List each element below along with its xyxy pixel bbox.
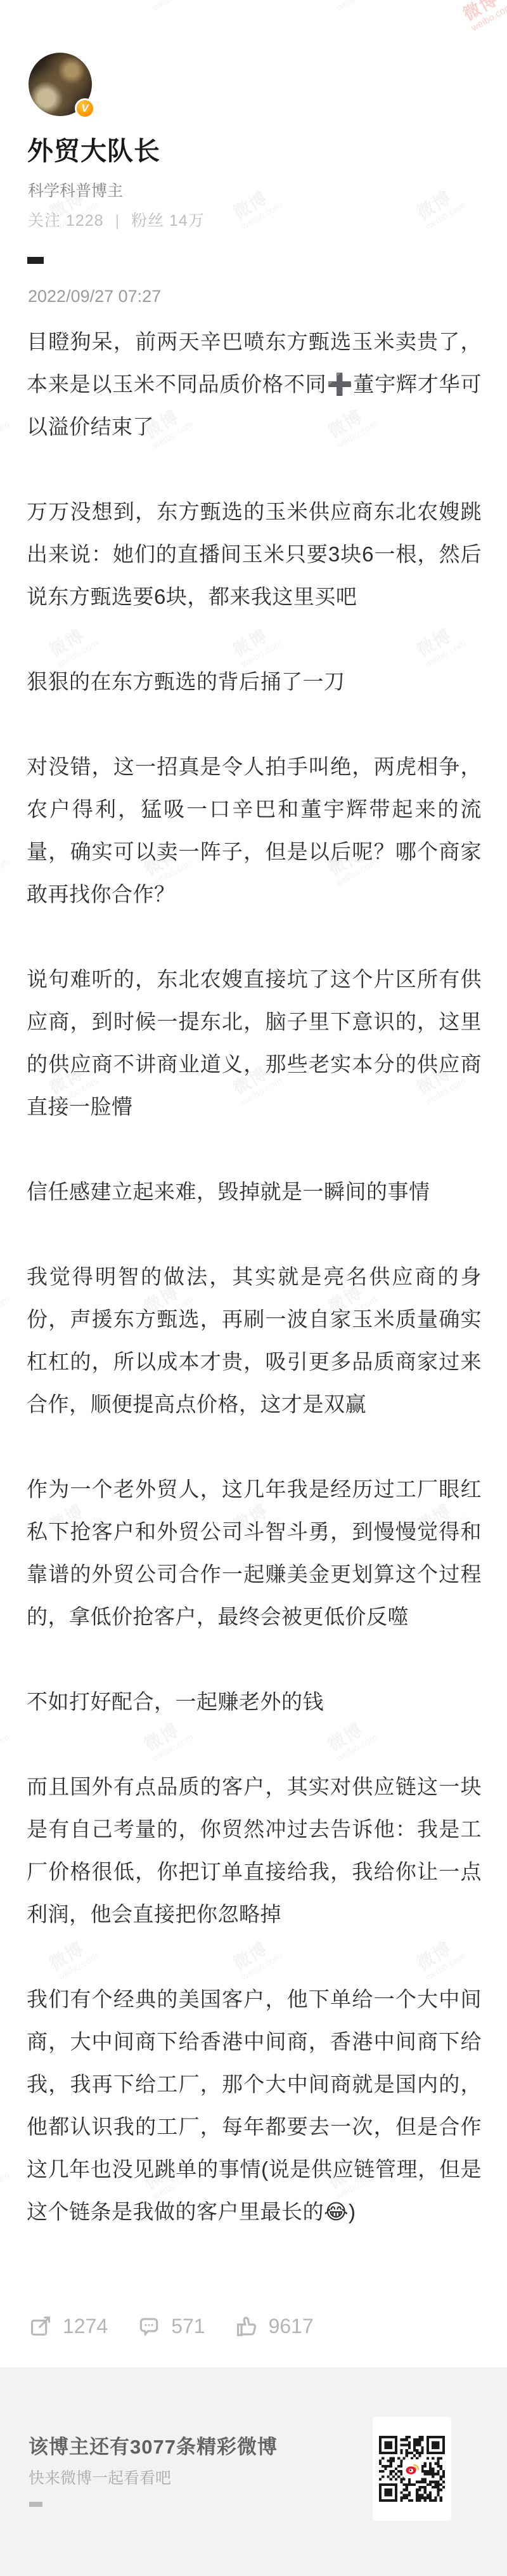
- post-paragraph: 信任感建立起来难，毁掉就是一瞬间的事情: [27, 1170, 482, 1213]
- weibo-long-post-image: 微博weibo.com微博weibo.com微博weibo.com微博weibo…: [0, 0, 507, 2576]
- divider-dash: [27, 257, 44, 264]
- repost-button[interactable]: 1274: [29, 2314, 108, 2338]
- weibo-watermark: 微博weibo.com: [0, 0, 11, 13]
- share-icon: [29, 2314, 53, 2338]
- user-description: 科学科普博主: [28, 178, 123, 201]
- post-date: 2022/09/27 07:27: [28, 287, 161, 306]
- weibo-watermark: 微博weibo.com: [0, 1278, 11, 1326]
- post-paragraph: 而且国外有点品质的客户，其实对供应链这一块是有自己考量的，你贸然冲过去告诉他：我…: [27, 1765, 482, 1935]
- weibo-watermark: 微博weibo.com: [414, 184, 468, 232]
- verified-badge-icon: V: [75, 98, 95, 119]
- follow-stats: 关注 1228|粉丝 14万: [28, 208, 205, 231]
- post-paragraph: 对没错，这一招真是令人拍手叫绝，两虎相争，农户得利，猛吸一口辛巴和董宇辉带起来的…: [27, 745, 482, 915]
- post-paragraph: 我觉得明智的做法，其实就是亮名供应商的身份，声援东方甄选，再刷一波自家玉米质量确…: [27, 1255, 482, 1425]
- user-name: 外贸大队长: [27, 130, 160, 167]
- like-button[interactable]: 9617: [234, 2314, 314, 2338]
- thumbs-up-icon: [234, 2314, 259, 2338]
- fans-count: 粉丝 14万: [131, 212, 205, 230]
- repost-count: 1274: [63, 2315, 108, 2338]
- post-paragraph: 狠狠的在东方甄选的背后捅了一刀: [27, 660, 482, 703]
- weibo-watermark: 微博weibo.com: [230, 184, 284, 232]
- post-paragraph: 我们有个经典的美国客户，他下单给一个大中间商，大中间商下给香港中间商，香港中间商…: [27, 1978, 482, 2233]
- footer-subtitle: 快来微博一起看看吧: [29, 2466, 171, 2488]
- comment-count: 571: [171, 2315, 205, 2338]
- separator: |: [115, 212, 120, 230]
- weibo-watermark: 微博weibo.com: [0, 840, 11, 889]
- footer-banner: 该博主还有3077条精彩微博 快来微博一起看看吧: [0, 2367, 507, 2576]
- post-paragraph: 作为一个老外贸人，这几年我是经历过工厂眼红私下抢客户和外贸公司斗智斗勇，到慢慢觉…: [27, 1468, 482, 1638]
- post-paragraph: 说句难听的，东北农嫂直接坑了这个片区所有供应商，到时候一提东北，脑子里下意识的，…: [27, 958, 482, 1128]
- stats-row: 1274 571 9617: [29, 2314, 343, 2338]
- post-paragraph: 目瞪狗呆，前两天辛巴喷东方甄选玉米卖贵了，本来是以玉米不同品质价格不同➕董宇辉才…: [27, 320, 482, 448]
- follow-count: 关注 1228: [28, 212, 104, 230]
- weibo-watermark: 微博weibo.com: [0, 403, 11, 451]
- weibo-watermark: 微博weibo.com: [141, 0, 195, 13]
- weibo-watermark: 微博weibo.com: [460, 0, 507, 34]
- weibo-watermark: 微博weibo.com: [0, 1716, 11, 1764]
- weibo-watermark: 微博weibo.com: [0, 2154, 11, 2202]
- post-paragraph: 万万没想到，东方甄选的玉米供应商东北农嫂跳出来说：她们的直播间玉米只要3块6一根…: [27, 490, 482, 618]
- weibo-logo-icon: [402, 2459, 421, 2478]
- weibo-watermark: 微博weibo.com: [325, 0, 379, 13]
- footer-title: 该博主还有3077条精彩微博: [29, 2431, 278, 2459]
- comment-icon: [137, 2314, 161, 2338]
- post-paragraph: 不如打好配合，一起赚老外的钱: [27, 1680, 482, 1723]
- post-body: 目瞪狗呆，前两天辛巴喷东方甄选玉米卖贵了，本来是以玉米不同品质价格不同➕董宇辉才…: [27, 320, 482, 2233]
- footer-dash: [29, 2502, 42, 2507]
- comment-button[interactable]: 571: [137, 2314, 205, 2338]
- qr-code: [373, 2417, 451, 2521]
- like-count: 9617: [269, 2315, 314, 2338]
